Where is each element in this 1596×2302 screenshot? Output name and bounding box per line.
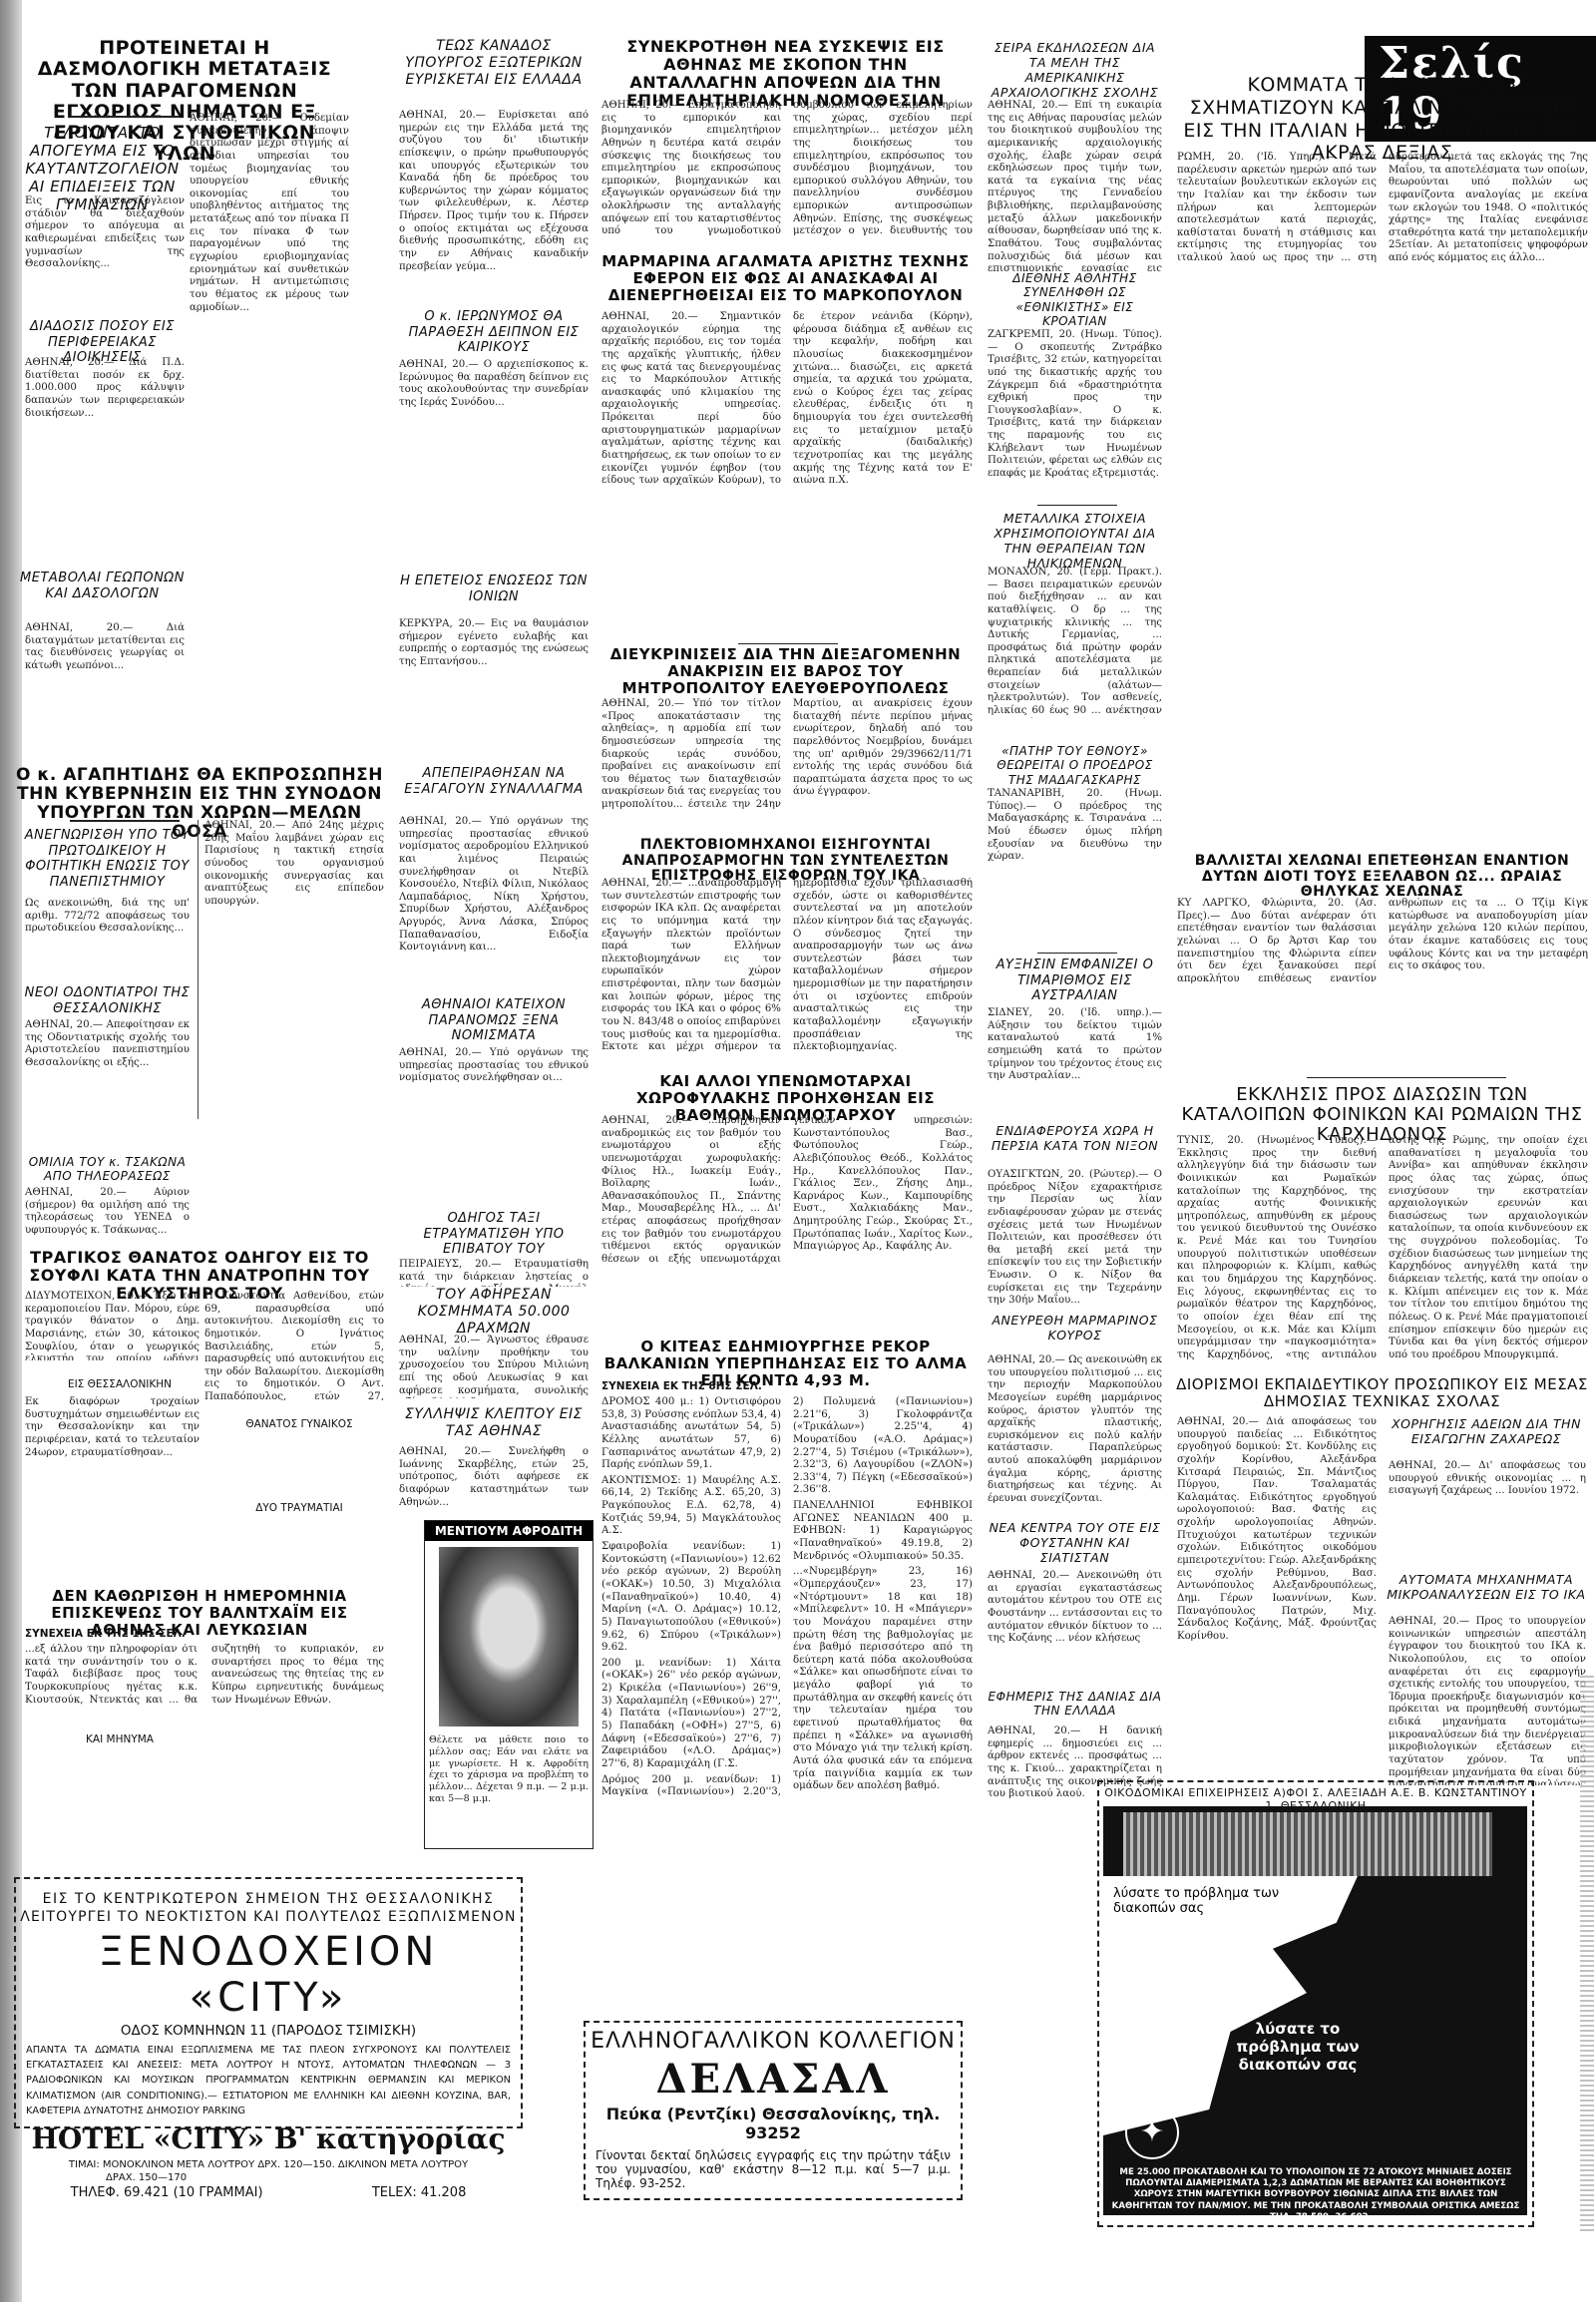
article-dasmologiki: ΑΘΗΝΑΙ, 20.— Ουδεμίαν συγκεκριμένην άποψ…: [190, 113, 349, 761]
headline-odontiatroi: ΝΕΟΙ ΟΔΟΝΤΙΑΤΡΟΙ ΤΗΣ ΘΕΣΣΑΛΟΝΙΚΗΣ: [20, 985, 195, 1016]
result-paragraph: ΑΚΟΝΤΙΣΜΟΣ: 1) Μαυρέλης Α.Σ. 66,14, 2) Τ…: [601, 1475, 781, 1538]
article-ote: ΑΘΗΝΑΙ, 20.— Ανεκοινώθη ότι αι εργασίαι …: [988, 1570, 1162, 1690]
article-kouros: ΑΘΗΝΑΙ, 20.— Ως ανεκοινώθη εκ του υπουργ…: [988, 1354, 1162, 1514]
article-agalmata: ΑΘΗΝΑΙ, 20.— Σημαντικόν αρχαιολογικόν εύ…: [601, 311, 973, 630]
article-patir: ΤΑΝΑΝΑΡΙΒΗ, 20. (Ηνωμ. Τύπος).— Ο πρόεδρ…: [988, 788, 1162, 948]
article-kosmimata: ΑΘΗΝΑΙ, 20.— Άγνωστος έθραυσε την υαλίνη…: [399, 1335, 589, 1398]
slogan-a: λύσατε το πρόβλημα των διακοπών σας: [1113, 1886, 1283, 1916]
divider: [1307, 1077, 1506, 1078]
article-tsakona: ΑΘΗΝΑΙ, 20.— Αύριον (σήμερον) θα ομιλήση…: [25, 1187, 190, 1247]
article-ika: ΑΘΗΝΑΙ, 20.— Προς το υπουργείον κοινωνικ…: [1389, 1616, 1586, 1785]
headline-persia: ΕΝΔΙΑΦΕΡΟΥΣΑ ΧΩΡΑ Η ΠΕΡΣΙΑ ΚΑΤΑ ΤΟΝ ΝΙΞΟ…: [988, 1123, 1162, 1153]
college-line: ΕΛΛΗΝΟΓΑΛΛΙΚΟΝ ΚΟΛΛΕΓΙΟΝ: [586, 2029, 961, 2054]
slogan-b: λύσατε το πρόβλημα των διακοπών σας: [1223, 2020, 1373, 2074]
ad-delasal-college: ΕΛΛΗΝΟΓΑΛΛΙΚΟΝ ΚΟΛΛΕΓΙΟΝ ΔΕΛΑΣΑΛ Πεύκα (…: [584, 2021, 963, 2200]
divider: [1037, 953, 1117, 954]
article-thessaloniki: Εκ διαφόρων τροχαίων δυστυχημάτων σημειω…: [25, 1396, 199, 1566]
building-photo: [1123, 1812, 1492, 1876]
article-mitropolitis: ΑΘΗΝΑΙ, 20.— Υπό τον τίτλον «Προς αποκατ…: [601, 698, 973, 828]
divider: [70, 820, 180, 822]
headline-ote: ΝΕΑ ΚΕΝΤΡΑ ΤΟΥ ΟΤΕ ΕΙΣ ΦΟΥΣΤΑΝΗΝ ΚΑΙ ΣΙΑ…: [988, 1520, 1162, 1565]
article-chorofylakes: ΑΘΗΝΑΙ, 20.— ...προήχθησαν αναδρομικώς ε…: [601, 1115, 973, 1305]
article-kleptis: ΑΘΗΝΑΙ, 20.— Συνελήφθη ο Ιωάννης Σκαρβέλ…: [399, 1446, 589, 1516]
adjacent-page-edge: [1580, 1676, 1594, 2234]
compass-rose-icon: ✦: [1125, 2106, 1179, 2159]
ad-body: Θέλετε να μάθετε ποιο το μέλλον σας; Εάν…: [429, 1734, 589, 1844]
headline-anagnorisi: ΑΝΕΓΝΩΡΙΣΘΗ ΥΠΟ ΤΟΥ ΠΡΩΤΟΔΙΚΕΙΟΥ Η ΦΟΙΤΗ…: [20, 828, 195, 890]
headline-kosmimata: ΤΟΥ ΑΦΗΡΕΣΑΝ ΚΟΣΜΗΜΑΤΑ 50.000 ΔΡΑΧΜΩΝ: [399, 1287, 589, 1337]
headline-chelones: ΒΑΛΛΙΣΤΑΙ ΧΕΛΩΝΑΙ ΕΠΕΤΕΘΗΣΑΝ ΕΝΑΝΤΙΟΝ ΔΥ…: [1175, 854, 1589, 901]
college-body: Γίνονται δεκταί δηλώσεις εγγραφής εις τη…: [596, 2148, 951, 2190]
article-metavolai: ΑΘΗΝΑΙ, 20.— Διά διαταγμάτων μετατίθεντα…: [25, 622, 185, 742]
article-karchidon: ΤΥΝΙΣ, 20. (Ηνωμένος Τύπος).— Έκκλησις π…: [1177, 1135, 1588, 1364]
article-persia: ΟΥΑΣΙΓΚΤΩΝ, 20. (Ρώυτερ).— Ο πρόεδρος Νί…: [988, 1169, 1162, 1319]
headline-syskepsis: ΣΥΝΕΚΡΟΤΗΘΗ ΝΕΑ ΣΥΣΚΕΨΙΣ ΕΙΣ ΑΘΗΝΑΣ ΜΕ Σ…: [598, 38, 973, 110]
result-paragraph: ΔΡΟΜΟΣ 400 μ.: 1) Οντισιφόρου 53,8, 3) Ρ…: [601, 1396, 781, 1472]
article-ieronymos: ΑΘΗΝΑΙ, 20.— Ο αρχιεπίσκοπος κ. Ιερώνυμο…: [399, 359, 589, 549]
headline-dania: ΕΦΗΜΕΡΙΣ ΤΗΣ ΔΑΝΙΑΣ ΔΙΑ ΤΗΝ ΕΛΛΑΔΑ: [988, 1690, 1162, 1719]
ad-mentium-aphrodite: ΜΕΝΤΙΟΥΜ ΑΦΡΟΔΙΤΗ Θέλετε να μάθετε ποιο …: [424, 1520, 594, 1849]
subhead-kiteas: ΣΥΝΕΧΕΙΑ ΕΚ ΤΗΣ 8ΗΣ ΣΕΛ.: [601, 1380, 781, 1392]
column-rule: [198, 820, 199, 1119]
headline-synallagma: ΑΠΕΠΕΙΡΑΘΗΣΑΝ ΝΑ ΕΞΑΓΑΓΟΥΝ ΣΥΝΑΛΛΑΓΜΑ: [399, 766, 589, 797]
article-epeteios: ΚΕΡΚΥΡΑ, 20.— Εις να θαυμάσιον σήμερον ε…: [399, 618, 589, 768]
result-paragraph: Σφαιροβολία νεανίδων: 1) Κοντοκώστη («Πα…: [601, 1541, 781, 1655]
headline-timarithmos: ΑΥΞΗΣΙΝ ΕΜΦΑΝΙΖΕΙ Ο ΤΙΜΑΡΙΘΜΟΣ ΕΙΣ ΑΥΣΤΡ…: [988, 958, 1162, 1004]
article-kanados: ΑΘΗΝΑΙ, 20.— Ευρίσκεται από ημερών εις τ…: [399, 110, 589, 339]
article-metallika: ΜΟΝΑΧΟΝ, 20. (Γερμ. Πρακτ.).— Βασει πειρ…: [988, 567, 1162, 718]
subhead-valtzaim: ΣΥΝΕΧΕΙΑ ΕΚ ΤΗΣ 1ΗΣ ΣΕΛ.: [25, 1628, 199, 1640]
ad-alexiadis: ΟΙΚΟΔΟΜΙΚΑΙ ΕΠΙΧΕΙΡΗΣΕΙΣ Α)ΦΟΙ Σ. ΑΛΕΞΙΑ…: [1097, 1780, 1534, 2227]
headline-odigos: ΟΔΗΓΟΣ ΤΑΞΙ ΕΤΡΑΥΜΑΤΙΣΘΗ ΥΠΟ ΕΠΙΒΑΤΟΥ ΤΟ…: [399, 1211, 589, 1258]
article-plektovio: ΑΘΗΝΑΙ, 20.— ...αναπροσαρμογή των συντελ…: [601, 878, 973, 1067]
hotel-telex: TELEX: 41.208: [372, 2185, 467, 2200]
headline-diorismoi: ΔΙΟΡΙΣΜΟΙ ΕΚΠΑΙΔΕΥΤΙΚΟΥ ΠΡΟΣΩΠΙΚΟΥ ΕΙΣ Μ…: [1175, 1376, 1589, 1410]
headline-metallika: ΜΕΤΑΛΛΙΚΑ ΣΤΟΙΧΕΙΑ ΧΡΗΣΙΜΟΠΟΙΟΥΝΤΑΙ ΔΙΑ …: [988, 511, 1162, 571]
article-italia: ΡΩΜΗ, 20. ('Ιδ. Υπηρ.).— Μετά παρέλευσιν…: [1177, 152, 1588, 451]
headline-kleptis: ΣΥΛΛΗΨΙΣ ΚΛΕΠΤΟΥ ΕΙΣ ΤΑΣ ΑΘΗΝΑΣ: [399, 1406, 589, 1440]
headline-patir: «ΠΑΤΗΡ ΤΟΥ ΕΘΝΟΥΣ» ΘΕΩΡΕΙΤΑΙ Ο ΠΡΟΕΔΡΟΣ …: [988, 744, 1162, 787]
headline-athlitis: ΔΙΕΘΝΗΣ ΑΘΛΗΤΗΣ ΣΥΝΕΛΗΦΘΗ ΩΣ «ΕΘΝΙΚΙΣΤΗΣ…: [988, 271, 1162, 329]
article-synallagma: ΑΘΗΝΑΙ, 20.— Υπό οργάνων της υπηρεσίας π…: [399, 816, 589, 965]
headline-agalmata: ΜΑΡΜΑΡΙΝΑ ΑΓΑΛΜΑΤΑ ΑΡΙΣΤΗΣ ΤΕΧΝΗΣ ΕΦΕΡΟΝ…: [598, 253, 973, 303]
result-paragraph: ΠΑΝΕΛΛΗΝΙΟΙ ΕΦΗΒΙΚΟΙ ΑΓΩΝΕΣ ΝΕΑΝΙΔΩΝ 400…: [793, 1500, 973, 1563]
hotel-prices: ΤΙΜΑΙ: ΜΟΝΟΚΛΙΝΟΝ ΜΕΤΑ ΛΟΥΤΡΟΥ ΔΡΧ. 120—…: [16, 2159, 521, 2170]
alexiadis-footer: ΜΕ 25.000 ΠΡΟΚΑΤΑΒΟΛΗ ΚΑΙ ΤΟ ΥΠΟΛΟΙΠΟΝ Σ…: [1109, 2167, 1522, 2223]
article-anagnorisi: Ως ανεκοινώθη, διά της υπ' αριθμ. 772/72…: [25, 898, 190, 977]
subhead-travmatiai: ΔΥΟ ΤΡΑΥΜΑΤΙΑΙ: [229, 1502, 369, 1514]
hotel-phone: ΤΗΛΕΦ. 69.421 (10 ΓΡΑΜΜΑΙ): [71, 2185, 263, 2200]
article-soufli: ΔΙΔΥΜΟΤΕΙΧΟΝ, 20.— Έξω του κεραμοποιείου…: [25, 1291, 199, 1360]
divider: [1037, 505, 1117, 506]
hotel-amenities: ΑΠΑΝΤΑ ΤΑ ΔΩΜΑΤΙΑ ΕΙΝΑΙ ΕΞΩΠΛΙΣΜΕΝΑ ΜΕ Τ…: [26, 2043, 511, 2118]
article-syskepsis: ΑΘΗΝΑΙ, 20.— Επραγματοποιήθη εις το εμπο…: [601, 100, 973, 249]
divider: [738, 643, 838, 644]
college-name: ΔΕΛΑΣΑΛ: [586, 2056, 961, 2103]
hotel-address: ΟΔΟΣ ΚΟΜΝΗΝΩΝ 11 (ΠΑΡΟΔΟΣ ΤΣΙΜΙΣΚΗ): [16, 2023, 521, 2039]
portrait-photo: [439, 1547, 579, 1726]
divider: [70, 116, 180, 118]
article-thanatos: Η Κωνσταντία Ασθενίδου, ετών 69, παρασυρ…: [204, 1291, 384, 1400]
article-chelones: ΚΥ ΛΑΡΓΚΟ, Φλώριντα, 20. (Ασ. Πρες).— Δυ…: [1177, 898, 1588, 1057]
hotel-category: HOTEL «CITY» Β' κατηγορίας: [16, 2122, 521, 2155]
headline-tsakona: ΟΜΙΛΙΑ ΤΟΥ κ. ΤΣΑΚΩΝΑ ΑΠΟ ΤΗΛΕΟΡΑΣΕΩΣ: [20, 1155, 195, 1184]
result-paragraph: 200 μ. νεανίδων: 1) Χάιτα («ΟΚΑΚ») 26'' …: [601, 1658, 781, 1771]
headline-epeteios: Η ΕΠΕΤΕΙΟΣ ΕΝΩΣΕΩΣ ΤΩΝ ΙΟΝΙΩΝ: [399, 574, 589, 604]
headline-zachari: ΧΟΡΗΓΗΣΙΣ ΑΔΕΙΩΝ ΔΙΑ ΤΗΝ ΕΙΣΑΓΩΓΗΝ ΖΑΧΑΡ…: [1387, 1416, 1586, 1446]
headline-metavolai: ΜΕΤΑΒΟΛΑΙ ΓΕΩΠΟΝΩΝ ΚΑΙ ΔΑΣΟΛΟΓΩΝ: [20, 571, 185, 601]
alexiadis-image: λύσατε το πρόβλημα των διακοπών σας λύσα…: [1103, 1806, 1527, 2215]
article-diadosis: ΑΘΗΝΑΙ, 20.— Διά Π.Δ. διατίθεται ποσόν ε…: [25, 357, 185, 537]
ad-line: ΕΙΣ ΤΟ ΚΕΝΤΡΙΚΩΤΕΡΟΝ ΣΗΜΕΙΟΝ ΤΗΣ ΘΕΣΣΑΛΟ…: [16, 1891, 521, 1907]
article-athlitis: ΖΑΓΚΡΕΜΠ, 20. (Ηνωμ. Τύπος).— Ο σκοπευτή…: [988, 329, 1162, 499]
subhead-thanatos: ΘΑΝΑΤΟΣ ΓΥΝΑΙΚΟΣ: [229, 1418, 369, 1430]
article-timarithmos: ΣΙΔΝΕΥ, 20. ('Ιδ. υπηρ.).— Αύξησιν του δ…: [988, 1007, 1162, 1117]
result-paragraph: ...«Νυρεμβέργη» 23, 16) «Όμπερχάουζεν» 2…: [793, 1566, 973, 1793]
headline-kouros: ΑΝΕΥΡΕΘΗ ΜΑΡΜΑΡΙΝΟΣ ΚΟΥΡΟΣ: [988, 1313, 1162, 1343]
article-odontiatroi: ΑΘΗΝΑΙ, 20.— Απεφοίτησαν εκ της Οδοντιατ…: [25, 1019, 190, 1149]
subhead-thessaloniki: ΕΙΣ ΘΕΣΣΑΛΟΝΙΚΗΝ: [60, 1378, 180, 1390]
headline-archaiologiki: ΣΕΙΡΑ ΕΚΔΗΛΩΣΕΩΝ ΔΙΑ ΤΑ ΜΕΛΗ ΤΗΣ ΑΜΕΡΙΚΑ…: [988, 40, 1162, 100]
hotel-name: ΞΕΝΟΔΟΧΕΙΟΝ «CITY»: [16, 1929, 521, 2021]
results-kiteas: ΔΡΟΜΟΣ 400 μ.: 1) Οντισιφόρου 53,8, 3) Ρ…: [601, 1396, 973, 1975]
ad-caption: ΜΕΝΤΙΟΥΜ ΑΦΡΟΔΙΤΗ: [425, 1521, 593, 1541]
headline-mitropolitis: ΔΙΕΥΚΡΙΝΙΣΕΙΣ ΔΙΑ ΤΗΝ ΔΙΕΞΑΓΟΜΕΝΗΝ ΑΝΑΚΡ…: [598, 646, 973, 696]
hotel-prices-2: ΔΡΑΧ. 150—170: [16, 2172, 521, 2183]
article-agapitidis: ΑΘΗΝΑΙ, 20.— Από 24ης μέχρις 26ης Μαΐου …: [204, 820, 384, 1119]
headline-nomismata: ΑΘΗΝΑΙΟΙ ΚΑΤΕΙΧΟΝ ΠΑΡΑΝΟΜΩΣ ΞΕΝΑ ΝΟΜΙΣΜΑ…: [399, 997, 589, 1044]
headline-kanados: ΤΕΩΣ ΚΑΝΑΔΟΣ ΥΠΟΥΡΓΟΣ ΕΞΩΤΕΡΙΚΩΝ ΕΥΡΙΣΚΕ…: [399, 38, 589, 88]
ad-line: ΛΕΙΤΟΥΡΓΕΙ ΤΟ ΝΕΟΚΤΙΣΤΟΝ ΚΑΙ ΠΟΛΥΤΕΛΩΣ Ε…: [16, 1909, 521, 1925]
article-zachari: ΑΘΗΝΑΙ, 20.— Δι' αποφάσεως του υπουργού …: [1389, 1460, 1586, 1570]
headline-ieronymos: Ο κ. ΙΕΡΩΝΥΜΟΣ ΘΑ ΠΑΡΑΘΕΣΗ ΔΕΙΠΝΟΝ ΕΙΣ Κ…: [399, 309, 589, 356]
article-gymnasia: Εις το Καυταντζόγλειον στάδιον θα διεξαχ…: [25, 195, 185, 305]
article-nomismata: ΑΘΗΝΑΙ, 20.— Υπό οργάνων της υπηρεσίας π…: [399, 1047, 589, 1207]
headline-ika: ΑΥΤΟΜΑΤΑ ΜΗΧΑΝΗΜΑΤΑ ΜΙΚΡΟΑΝΑΛΥΣΕΩΝ ΕΙΣ Τ…: [1387, 1572, 1586, 1602]
subhead-minyma: ΚΑΙ ΜΗΝΥΜΑ: [60, 1733, 180, 1745]
college-address: Πεύκα (Ρεντζίκι) Θεσσαλονίκης, τηλ. 9325…: [586, 2105, 961, 2142]
article-diorismoi: ΑΘΗΝΑΙ, 20.— Διά αποφάσεως του υπουργού …: [1177, 1416, 1377, 1726]
ad-hotel-city: ΕΙΣ ΤΟ ΚΕΝΤΡΙΚΩΤΕΡΟΝ ΣΗΜΕΙΟΝ ΤΗΣ ΘΕΣΣΑΛΟ…: [14, 1877, 523, 2128]
